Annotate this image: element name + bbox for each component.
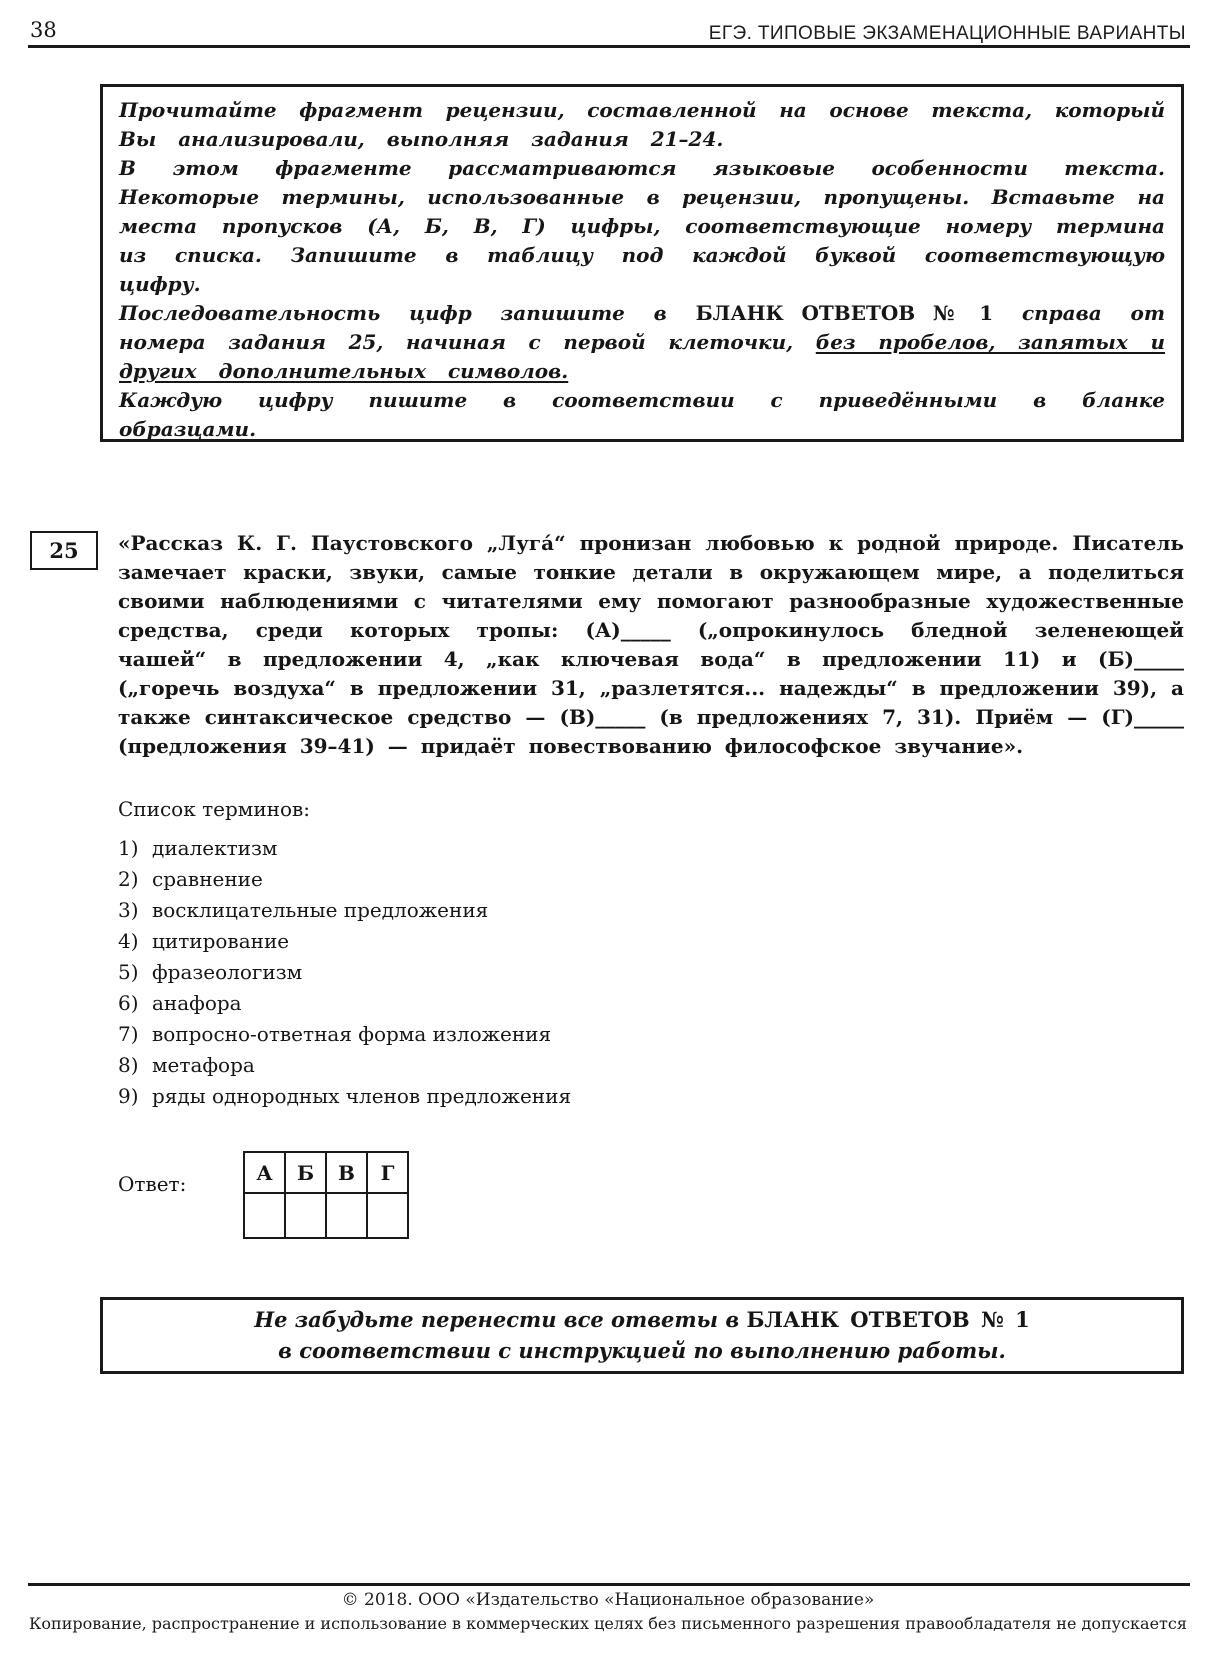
term-number: 3): [118, 895, 152, 926]
instruction-paragraph-4: Каждую цифру пишите в соответствии с при…: [119, 386, 1165, 442]
term-label: анафора: [152, 988, 242, 1019]
term-label: сравнение: [152, 864, 263, 895]
answer-sheet-reference: БЛАНК ОТВЕТОВ № 1: [746, 1307, 1029, 1332]
answer-sheet-reference: БЛАНК ОТВЕТОВ № 1: [696, 301, 994, 325]
term-label: вопросно-ответная форма изложения: [152, 1019, 551, 1050]
term-item: 2)сравнение: [118, 864, 571, 895]
task-number: 25: [49, 538, 78, 563]
term-number: 7): [118, 1019, 152, 1050]
instruction-paragraph-2: В этом фрагменте рассматриваются языковы…: [119, 154, 1165, 299]
instruction-paragraph-1: Прочитайте фрагмент рецензии, составленн…: [119, 96, 1165, 154]
term-label: диалектизм: [152, 833, 277, 864]
term-number: 5): [118, 957, 152, 988]
answer-cell-v: [326, 1193, 367, 1238]
term-label: цитирование: [152, 926, 289, 957]
term-number: 4): [118, 926, 152, 957]
term-item: 6)анафора: [118, 988, 571, 1019]
answer-column-header-g: Г: [367, 1152, 408, 1193]
term-item: 1)диалектизм: [118, 833, 571, 864]
reminder-note-box: Не забудьте перенести все ответы в БЛАНК…: [100, 1297, 1184, 1374]
term-number: 2): [118, 864, 152, 895]
term-label: восклицательные предложения: [152, 895, 488, 926]
note-line-1: Не забудьте перенести все ответы в БЛАНК…: [103, 1304, 1181, 1335]
note-text: Не забудьте перенести все ответы в: [254, 1307, 746, 1332]
footer-legal-notice: Копирование, распространение и использов…: [0, 1614, 1216, 1633]
term-item: 4)цитирование: [118, 926, 571, 957]
answer-label: Ответ:: [118, 1172, 186, 1196]
terms-list-title: Список терминов:: [118, 797, 310, 821]
term-item: 8)метафора: [118, 1050, 571, 1081]
answer-header-row: А Б В Г: [244, 1152, 408, 1193]
instruction-text: Последовательность цифр запишите в: [119, 301, 696, 325]
term-label: ряды однородных членов предложения: [152, 1081, 571, 1112]
term-label: метафора: [152, 1050, 255, 1081]
task-text: «Рассказ К. Г. Паустовского „Луга́“ прон…: [118, 529, 1184, 761]
answer-table: А Б В Г: [243, 1151, 409, 1239]
term-item: 9)ряды однородных членов предложения: [118, 1081, 571, 1112]
header-rule: [28, 45, 1190, 48]
term-number: 9): [118, 1081, 152, 1112]
term-label: фразеологизм: [152, 957, 302, 988]
answer-cell-a: [244, 1193, 285, 1238]
note-line-2: в соответствии с инструкцией по выполнен…: [103, 1335, 1181, 1366]
answer-cell-b: [285, 1193, 326, 1238]
term-item: 7)вопросно-ответная форма изложения: [118, 1019, 571, 1050]
term-number: 8): [118, 1050, 152, 1081]
term-number: 1): [118, 833, 152, 864]
answer-cell-g: [367, 1193, 408, 1238]
term-item: 5)фразеологизм: [118, 957, 571, 988]
answer-value-row: [244, 1193, 408, 1238]
page-number: 38: [30, 18, 57, 42]
instruction-paragraph-3: Последовательность цифр запишите в БЛАНК…: [119, 299, 1165, 386]
answer-column-header-b: Б: [285, 1152, 326, 1193]
header-title: ЕГЭ. ТИПОВЫЕ ЭКЗАМЕНАЦИОННЫЕ ВАРИАНТЫ: [709, 23, 1186, 45]
answer-column-header-v: В: [326, 1152, 367, 1193]
instruction-box: Прочитайте фрагмент рецензии, составленн…: [100, 84, 1184, 442]
footer-rule: [28, 1583, 1190, 1586]
term-item: 3)восклицательные предложения: [118, 895, 571, 926]
term-number: 6): [118, 988, 152, 1019]
terms-list: 1)диалектизм 2)сравнение 3)восклицательн…: [118, 833, 571, 1112]
footer-copyright: © 2018. ООО «Издательство «Национальное …: [0, 1590, 1216, 1610]
answer-column-header-a: А: [244, 1152, 285, 1193]
task-number-box: 25: [30, 531, 98, 570]
